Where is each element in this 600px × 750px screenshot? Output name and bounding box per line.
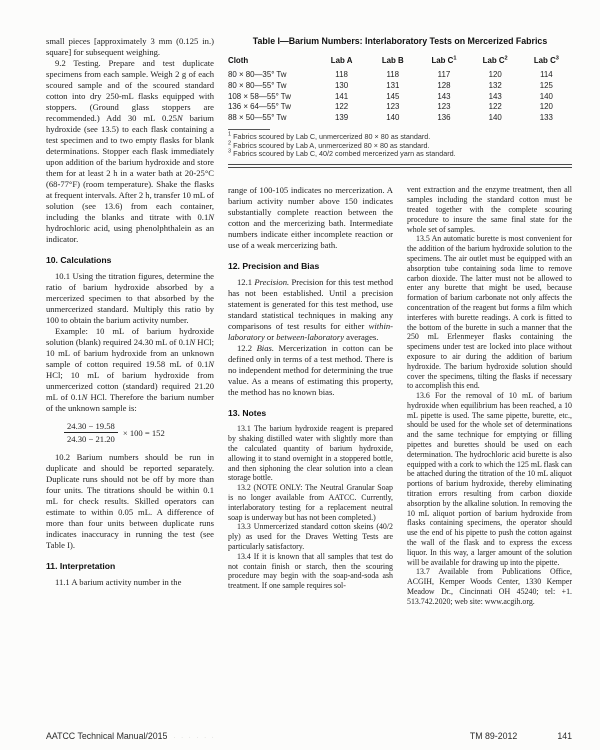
paragraph: small pieces [approximately 3 mm (0.125 … xyxy=(46,36,214,58)
value-cell: 122 xyxy=(316,102,367,113)
page-footer: AATCC Technical Manual/2015 · · · · · · … xyxy=(46,731,572,741)
value-cell: 117 xyxy=(418,70,469,81)
table-title: Table I—Barium Numbers: Interlaboratory … xyxy=(228,36,572,46)
document-page: small pieces [approximately 3 mm (0.125 … xyxy=(0,0,600,750)
value-cell: 143 xyxy=(470,92,521,103)
value-cell: 130 xyxy=(316,81,367,92)
value-cell: 143 xyxy=(418,92,469,103)
note-paragraph: 13.7 Available from Publications Office,… xyxy=(407,567,572,606)
value-cell: 131 xyxy=(367,81,418,92)
value-cell: 120 xyxy=(521,102,572,113)
paragraph: 11.1 A barium activity number in the xyxy=(46,577,214,588)
table-bottom-rule xyxy=(228,164,572,169)
paragraph: 10.1 Using the titration figures, determ… xyxy=(46,271,214,326)
table-row: 108 × 58—55° Tw141145143143140 xyxy=(228,92,572,103)
value-cell: 122 xyxy=(470,102,521,113)
note-paragraph: 13.3 Unmercerized standard cotton skeins… xyxy=(228,522,393,551)
value-cell: 120 xyxy=(470,70,521,81)
right-area: Table I—Barium Numbers: Interlaboratory … xyxy=(228,36,572,607)
footer-doc-number: TM 89-2012 xyxy=(470,731,517,741)
footnote-separator xyxy=(228,129,270,130)
barium-number-formula: 24.30 − 19.5824.30 − 21.20× 100 = 152 xyxy=(46,421,214,444)
value-cell: 141 xyxy=(316,92,367,103)
table-footnote: 3 Fabrics scoured by Lab C, 40/2 combed … xyxy=(228,150,572,159)
paragraph: 10.2 Barium numbers should be run in dup… xyxy=(46,452,214,551)
table-column-header: Lab C2 xyxy=(470,56,521,70)
cloth-cell: 108 × 58—55° Tw xyxy=(228,92,316,103)
section-heading: 12. Precision and Bias xyxy=(228,261,393,271)
note-paragraph: 13.2 (NOTE ONLY: The Neutral Granular So… xyxy=(228,483,393,522)
value-cell: 118 xyxy=(367,70,418,81)
footer-manual-title: AATCC Technical Manual/2015 xyxy=(46,731,167,741)
note-paragraph: 13.1 The barium hydroxide reagent is pre… xyxy=(228,424,393,483)
value-cell: 125 xyxy=(521,81,572,92)
table-column-header: Lab C3 xyxy=(521,56,572,70)
cloth-cell: 88 × 50—55° Tw xyxy=(228,113,316,124)
table-row: 80 × 80—55° Tw130131128132125 xyxy=(228,81,572,92)
cloth-cell: 80 × 80—55° Tw xyxy=(228,81,316,92)
value-cell: 132 xyxy=(470,81,521,92)
table-1: Table I—Barium Numbers: Interlaboratory … xyxy=(228,36,572,168)
note-paragraph: 13.4 If it is known that all samples tha… xyxy=(228,552,393,591)
table-row: 88 × 50—55° Tw139140136140133 xyxy=(228,113,572,124)
table-footnotes: 1 Fabrics scoured by Lab C, unmercerized… xyxy=(228,133,572,159)
paragraph: 12.2 Bias. Mercerization in cotton can b… xyxy=(228,343,393,398)
value-cell: 145 xyxy=(367,92,418,103)
value-cell: 136 xyxy=(418,113,469,124)
table-body: 80 × 80—35° Tw11811811712011480 × 80—55°… xyxy=(228,70,572,124)
lower-columns: range of 100-105 indicates no mercerizat… xyxy=(228,185,572,606)
table-column-header: Lab A xyxy=(316,56,367,70)
footer-fineprint: · · · · · · xyxy=(173,735,215,741)
paragraph: Example: 10 mL of barium hydroxide solut… xyxy=(46,326,214,414)
note-paragraph: 13.5 An automatic burette is most conven… xyxy=(407,234,572,391)
fraction: 24.30 − 19.5824.30 − 21.20 xyxy=(64,421,118,444)
cloth-cell: 136 × 64—55° Tw xyxy=(228,102,316,113)
value-cell: 139 xyxy=(316,113,367,124)
table-row: 80 × 80—35° Tw118118117120114 xyxy=(228,70,572,81)
table-row: 136 × 64—55° Tw122123123122120 xyxy=(228,102,572,113)
paragraph: 12.1 Precision. Precision for this test … xyxy=(228,277,393,343)
value-cell: 140 xyxy=(470,113,521,124)
paragraph: range of 100-105 indicates no mercerizat… xyxy=(228,185,393,251)
barium-numbers-table: ClothLab ALab BLab C1Lab C2Lab C3 80 × 8… xyxy=(228,56,572,124)
value-cell: 114 xyxy=(521,70,572,81)
value-cell: 133 xyxy=(521,113,572,124)
table-header-row: ClothLab ALab BLab C1Lab C2Lab C3 xyxy=(228,56,572,70)
table-header: ClothLab ALab BLab C1Lab C2Lab C3 xyxy=(228,56,572,70)
text-column-middle: range of 100-105 indicates no mercerizat… xyxy=(228,185,393,606)
cloth-cell: 80 × 80—35° Tw xyxy=(228,70,316,81)
section-heading: 10. Calculations xyxy=(46,255,214,265)
note-paragraph: vent extraction and the enzyme treatment… xyxy=(407,185,572,234)
table-column-header: Lab C1 xyxy=(418,56,469,70)
footer-page-number: 141 xyxy=(557,731,572,741)
page-content: small pieces [approximately 3 mm (0.125 … xyxy=(46,36,572,607)
value-cell: 140 xyxy=(367,113,418,124)
note-paragraph: 13.6 For the removal of 10 mL of barium … xyxy=(407,391,572,567)
value-cell: 123 xyxy=(367,102,418,113)
text-column-right: vent extraction and the enzyme treatment… xyxy=(407,185,572,606)
value-cell: 118 xyxy=(316,70,367,81)
value-cell: 128 xyxy=(418,81,469,92)
value-cell: 123 xyxy=(418,102,469,113)
paragraph: 9.2 Testing. Prepare and test duplicate … xyxy=(46,58,214,245)
text-column-left: small pieces [approximately 3 mm (0.125 … xyxy=(46,36,214,607)
table-column-header: Lab B xyxy=(367,56,418,70)
section-heading: 13. Notes xyxy=(228,408,393,418)
section-heading: 11. Interpretation xyxy=(46,561,214,571)
table-column-header: Cloth xyxy=(228,56,316,70)
value-cell: 140 xyxy=(521,92,572,103)
